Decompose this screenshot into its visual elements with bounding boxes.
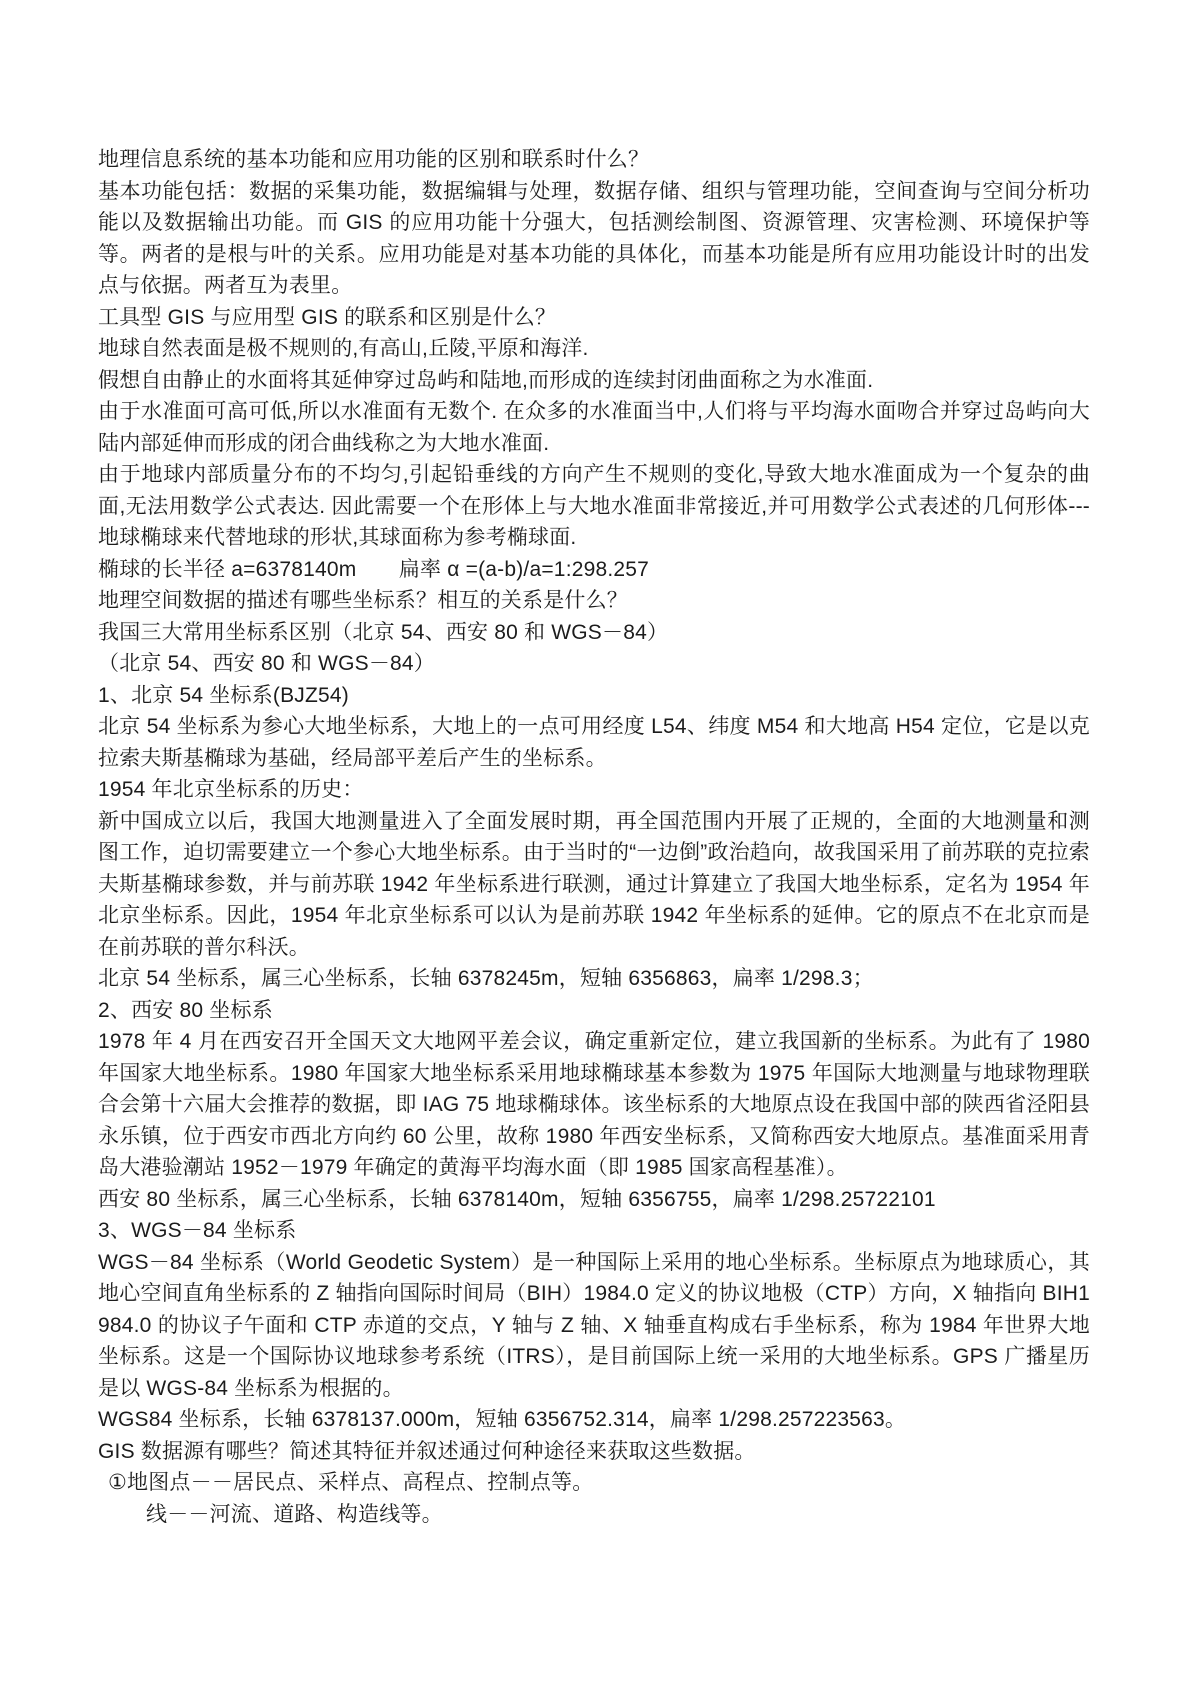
paragraph: 新中国成立以后，我国大地测量进入了全面发展时期，再全国范围内开展了正规的，全面的… — [98, 806, 1090, 964]
paragraph: 基本功能包括：数据的采集功能，数据编辑与处理，数据存储、组织与管理功能，空间查询… — [98, 176, 1090, 302]
paragraph: 由于地球内部质量分布的不均匀,引起铅垂线的方向产生不规则的变化,导致大地水准面成… — [98, 459, 1090, 554]
paragraph: 北京 54 坐标系为参心大地坐标系，大地上的一点可用经度 L54、纬度 M54 … — [98, 711, 1090, 774]
paragraph: 1954 年北京坐标系的历史： — [98, 774, 1090, 806]
paragraph: （北京 54、西安 80 和 WGS－84） — [98, 648, 1090, 680]
paragraph: 由于水准面可高可低,所以水准面有无数个. 在众多的水准面当中,人们将与平均海水面… — [98, 396, 1090, 459]
paragraph: 假想自由静止的水面将其延伸穿过岛屿和陆地,而形成的连续封闭曲面称之为水准面. — [98, 365, 1090, 397]
paragraph: 工具型 GIS 与应用型 GIS 的联系和区别是什么？ — [98, 302, 1090, 334]
paragraph: 地理空间数据的描述有哪些坐标系？相互的关系是什么？ — [98, 585, 1090, 617]
paragraph: WGS－84 坐标系（World Geodetic System）是一种国际上采… — [98, 1247, 1090, 1405]
paragraph: 3、WGS－84 坐标系 — [98, 1215, 1090, 1247]
paragraph: 北京 54 坐标系，属三心坐标系，长轴 6378245m，短轴 6356863，… — [98, 963, 1090, 995]
paragraph: 1、北京 54 坐标系(BJZ54) — [98, 680, 1090, 712]
paragraph: ①地图点－－居民点、采样点、高程点、控制点等。 — [98, 1467, 1090, 1499]
paragraph: 我国三大常用坐标系区别（北京 54、西安 80 和 WGS－84） — [98, 617, 1090, 649]
paragraph: WGS84 坐标系，长轴 6378137.000m，短轴 6356752.314… — [98, 1404, 1090, 1436]
paragraph: 2、西安 80 坐标系 — [98, 995, 1090, 1027]
document-body: 地理信息系统的基本功能和应用功能的区别和联系时什么？基本功能包括：数据的采集功能… — [98, 144, 1090, 1530]
paragraph: 地球自然表面是极不规则的,有高山,丘陵,平原和海洋. — [98, 333, 1090, 365]
paragraph: 椭球的长半径 a=6378140m 扁率 α =(a-b)/a=1:298.25… — [98, 554, 1090, 586]
paragraph: GIS 数据源有哪些？简述其特征并叙述通过何种途径来获取这些数据。 — [98, 1436, 1090, 1468]
paragraph: 地理信息系统的基本功能和应用功能的区别和联系时什么？ — [98, 144, 1090, 176]
paragraph: 西安 80 坐标系，属三心坐标系，长轴 6378140m，短轴 6356755，… — [98, 1184, 1090, 1216]
paragraph: 1978 年 4 月在西安召开全国天文大地网平差会议，确定重新定位，建立我国新的… — [98, 1026, 1090, 1184]
document-page: 地理信息系统的基本功能和应用功能的区别和联系时什么？基本功能包括：数据的采集功能… — [0, 0, 1190, 1683]
paragraph: 线－－河流、道路、构造线等。 — [98, 1499, 1090, 1531]
